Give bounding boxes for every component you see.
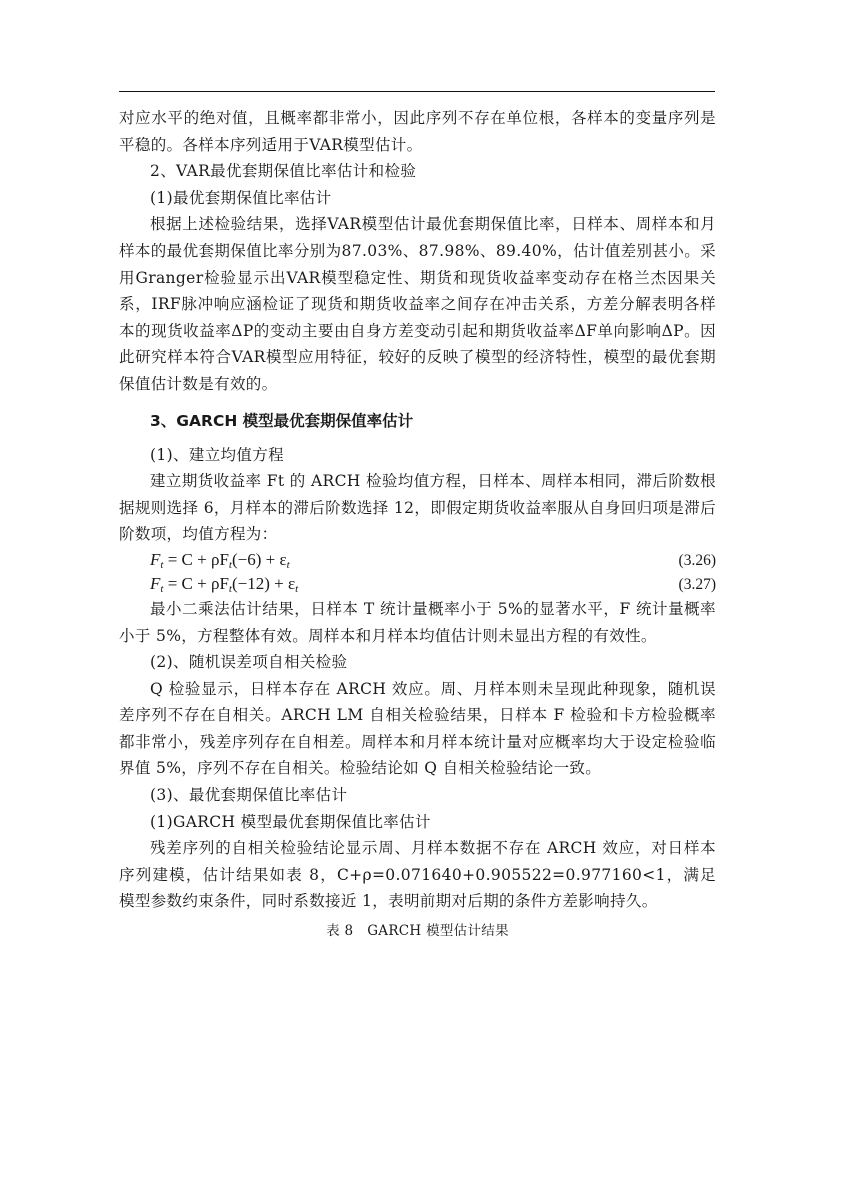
eq-lhs: F <box>150 550 160 569</box>
subheading-mean-equation: (1)、建立均值方程 <box>119 442 716 469</box>
paragraph-ols-results: 最小二乘法估计结果，日样本 T 统计量概率小于 5%的显著水平，F 统计量概率小… <box>119 596 716 649</box>
page-body: 对应水平的绝对值，且概率都非常小，因此序列不存在单位根，各样本的变量序列是平稳的… <box>119 105 716 943</box>
paragraph-q-test: Q 检验显示，日样本存在 ARCH 效应。周、月样本则未呈现此种现象，随机误差序… <box>119 676 716 782</box>
eq-sub: t <box>287 559 290 571</box>
section-heading-garch: 3、GARCH 模型最优套期保值率估计 <box>119 408 716 434</box>
header-rule <box>119 91 715 92</box>
paragraph-var-results: 根据上述检验结果，选择VAR模型估计最优套期保值比率，日样本、周样本和月样本的最… <box>119 211 716 397</box>
eq-rhs: (−6) + ε <box>232 550 287 569</box>
paragraph-unit-root-conclusion: 对应水平的绝对值，且概率都非常小，因此序列不存在单位根，各样本的变量序列是平稳的… <box>119 105 716 158</box>
subheading-autocorrelation-test: (2)、随机误差项自相关检验 <box>119 649 716 676</box>
equation-3-27: Ft = C + ρFt(−12) + εt (3.27) <box>119 572 716 596</box>
eq-rhs: (−12) + ε <box>232 574 295 593</box>
equation-number: (3.27) <box>679 573 716 597</box>
eq-sub: t <box>295 583 298 595</box>
eq-lhs: F <box>150 574 160 593</box>
subheading-optimal-hedge-ratio: (1)最优套期保值比率估计 <box>119 185 716 212</box>
paragraph-garch-results: 残差序列的自相关检验结论显示周、月样本数据不存在 ARCH 效应，对日样本序列建… <box>119 835 716 915</box>
table-caption: 表 8 GARCH 模型估计结果 <box>119 919 716 943</box>
equation-3-26: Ft = C + ρFt(−6) + εt (3.26) <box>119 548 716 572</box>
eq-rhs: = C + ρF <box>163 574 228 593</box>
paragraph-mean-equation: 建立期货收益率 Ft 的 ARCH 检验均值方程，日样本、周样本相同，滞后阶数根… <box>119 468 716 548</box>
equation-number: (3.26) <box>679 549 716 573</box>
subheading-var-estimation: 2、VAR最优套期保值比率估计和检验 <box>119 158 716 185</box>
subheading-hedge-ratio-estimation: (3)、最优套期保值比率估计 <box>119 782 716 809</box>
subheading-garch-hedge-ratio: (1)GARCH 模型最优套期保值比率估计 <box>119 809 716 836</box>
eq-rhs: = C + ρF <box>163 550 228 569</box>
